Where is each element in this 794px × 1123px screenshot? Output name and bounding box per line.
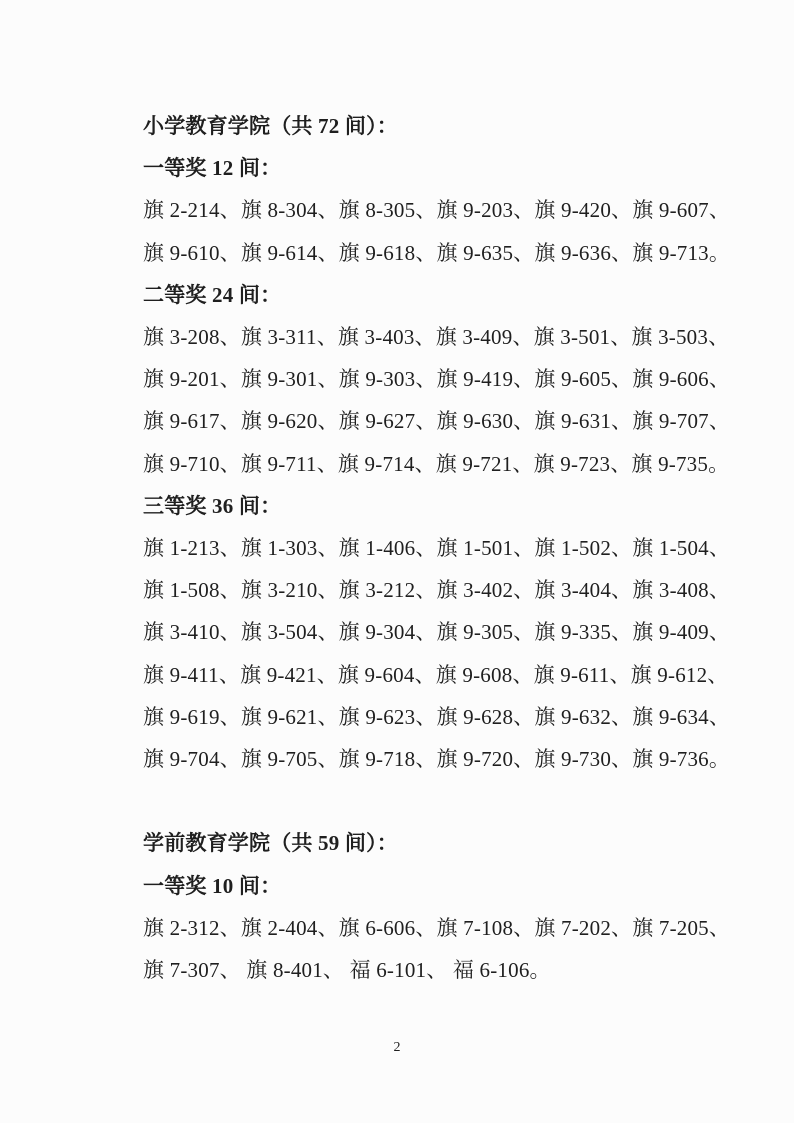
room-list-line: 旗 3-410、旗 3-504、旗 9-304、旗 9-305、旗 9-335、… bbox=[143, 611, 709, 653]
room-list-line: 旗 9-617、旗 9-620、旗 9-627、旗 9-630、旗 9-631、… bbox=[143, 400, 709, 442]
room-list-line: 旗 9-710、旗 9-711、旗 9-714、旗 9-721、旗 9-723、… bbox=[143, 443, 709, 485]
room-list-line: 旗 7-307、 旗 8-401、 福 6-101、 福 6-106。 bbox=[143, 949, 709, 991]
room-list-line: 旗 2-312、旗 2-404、旗 6-606、旗 7-108、旗 7-202、… bbox=[143, 907, 709, 949]
room-list-line: 旗 9-411、旗 9-421、旗 9-604、旗 9-608、旗 9-611、… bbox=[143, 654, 709, 696]
room-list-line: 旗 1-213、旗 1-303、旗 1-406、旗 1-501、旗 1-502、… bbox=[143, 527, 709, 569]
prize-group-heading: 一等奖 12 间： bbox=[143, 147, 709, 189]
room-list-line: 旗 9-201、旗 9-301、旗 9-303、旗 9-419、旗 9-605、… bbox=[143, 358, 709, 400]
section-spacer bbox=[143, 780, 709, 822]
prize-group-heading: 一等奖 10 间： bbox=[143, 865, 709, 907]
room-list-line: 旗 9-704、旗 9-705、旗 9-718、旗 9-720、旗 9-730、… bbox=[143, 738, 709, 780]
college-section-title: 学前教育学院（共 59 间）： bbox=[143, 822, 709, 864]
college-section-title: 小学教育学院（共 72 间）： bbox=[143, 105, 709, 147]
prize-group-heading: 三等奖 36 间： bbox=[143, 485, 709, 527]
room-list-line: 旗 2-214、旗 8-304、旗 8-305、旗 9-203、旗 9-420、… bbox=[143, 189, 709, 231]
document-body: 小学教育学院（共 72 间）： 一等奖 12 间： 旗 2-214、旗 8-30… bbox=[143, 105, 709, 991]
room-list-line: 旗 9-610、旗 9-614、旗 9-618、旗 9-635、旗 9-636、… bbox=[143, 232, 709, 274]
room-list-line: 旗 9-619、旗 9-621、旗 9-623、旗 9-628、旗 9-632、… bbox=[143, 696, 709, 738]
room-list-line: 旗 3-208、旗 3-311、旗 3-403、旗 3-409、旗 3-501、… bbox=[143, 316, 709, 358]
prize-group-heading: 二等奖 24 间： bbox=[143, 274, 709, 316]
page-number: 2 bbox=[0, 1038, 794, 1058]
room-list-line: 旗 1-508、旗 3-210、旗 3-212、旗 3-402、旗 3-404、… bbox=[143, 569, 709, 611]
